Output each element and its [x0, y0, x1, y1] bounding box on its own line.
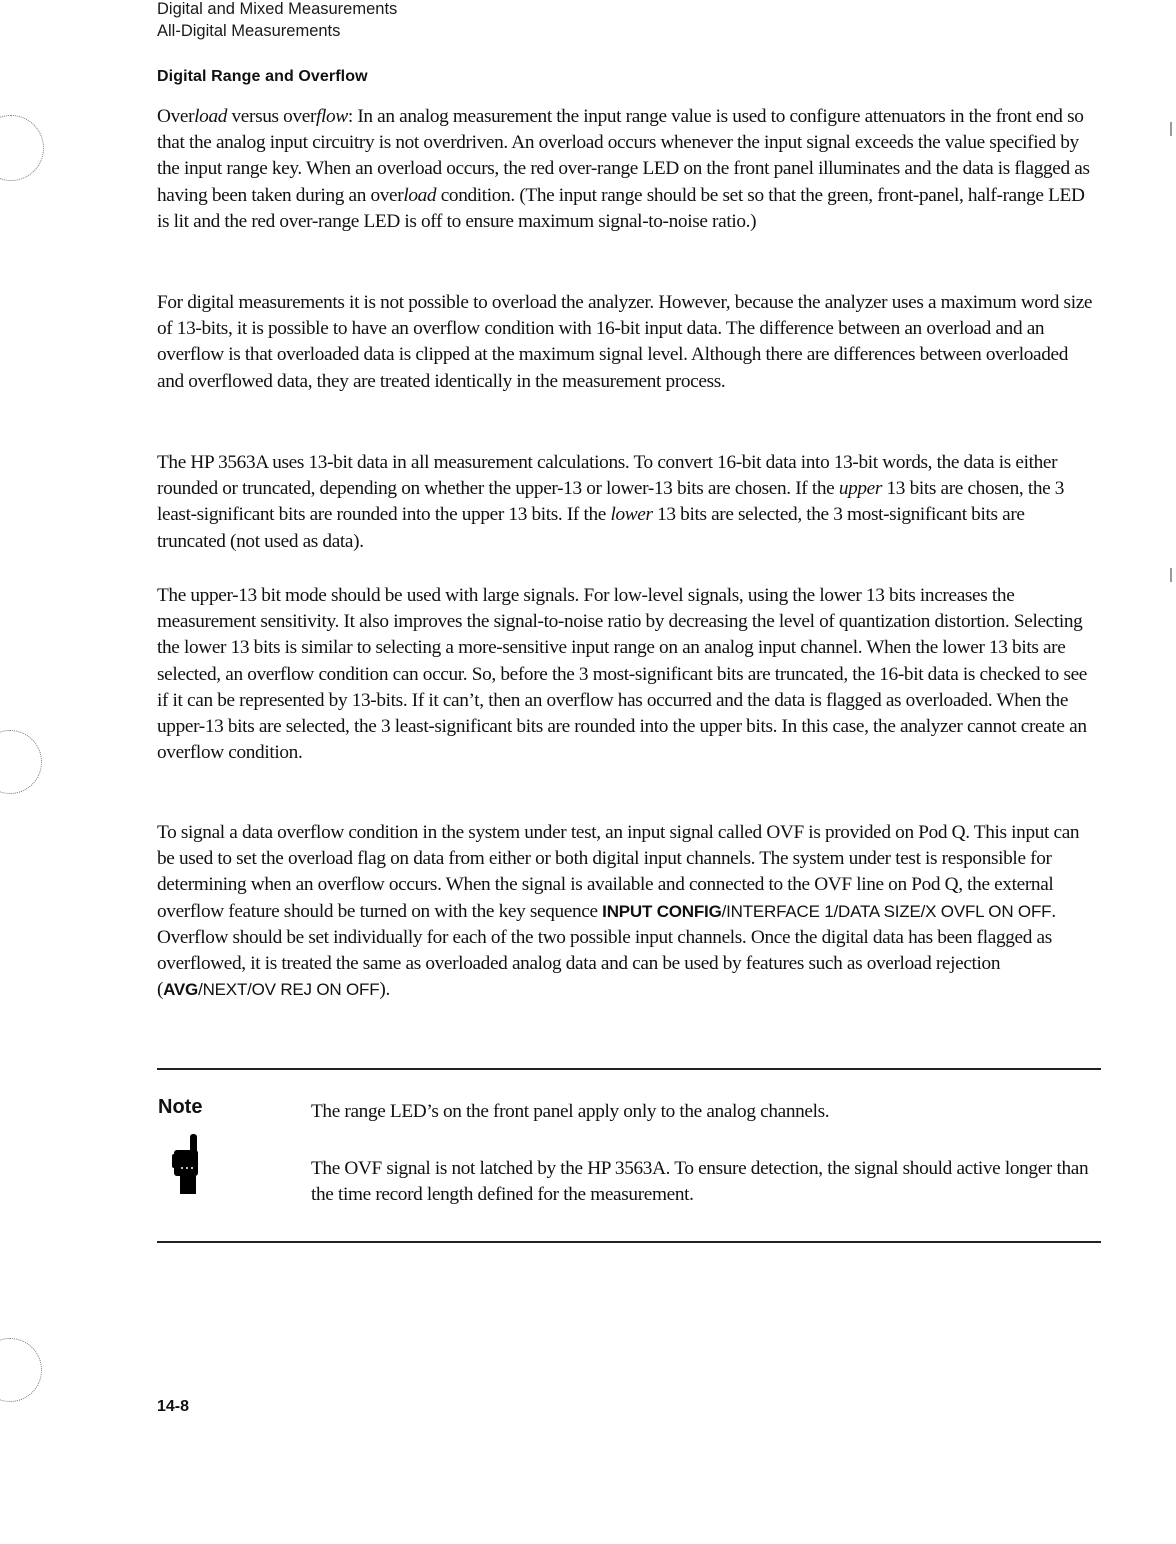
note-item: The OVF signal is not latched by the HP …	[311, 1156, 1101, 1208]
note-item: The range LED’s on the front panel apply…	[311, 1099, 1101, 1125]
running-header-chapter: Digital and Mixed Measurements	[157, 0, 397, 20]
paragraph-13-bit-conversion: The HP 3563A uses 13-bit data in all mea…	[157, 450, 1097, 555]
note-bottom-rule	[157, 1241, 1101, 1243]
paragraph-upper-lower-mode: The upper-13 bit mode should be used wit…	[157, 583, 1097, 766]
paragraph-overload-vs-overflow: Overload versus overflow: In an analog m…	[157, 104, 1097, 235]
paragraph-digital-overflow: For digital measurements it is not possi…	[157, 290, 1097, 395]
pointing-hand-icon	[170, 1134, 204, 1196]
note-label: Note	[158, 1096, 202, 1119]
key-sequence-input-config: INPUT CONFIG/INTERFACE 1/DATA SIZE/X OVF…	[602, 902, 1051, 921]
punch-hole	[0, 1338, 42, 1402]
scan-speck	[1170, 568, 1172, 582]
scan-speck	[1170, 122, 1172, 136]
key-sequence-avg: AVG/NEXT/OV REJ ON OFF	[163, 980, 379, 999]
punch-hole	[0, 730, 42, 794]
running-header-section: All-Digital Measurements	[157, 20, 340, 42]
note-top-rule	[157, 1068, 1101, 1070]
paragraph-ovf-signal: To signal a data overflow condition in t…	[157, 820, 1097, 1003]
punch-hole	[0, 115, 44, 181]
section-title: Digital Range and Overflow	[157, 68, 368, 86]
page-number: 14-8	[157, 1398, 189, 1416]
